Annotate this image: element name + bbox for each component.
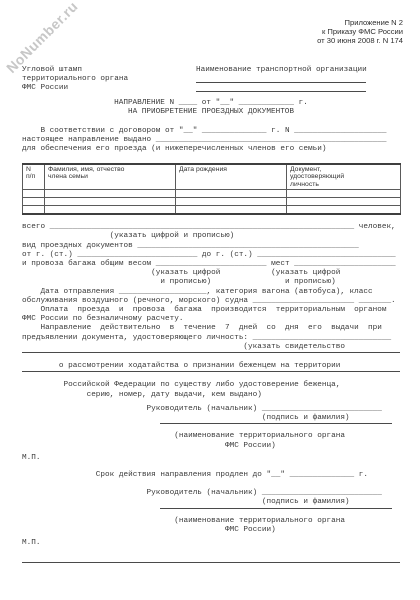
form-line: (указать свидетельство	[22, 343, 400, 352]
form-content: Угловой штамп территориального органа ФМ…	[22, 66, 400, 564]
blank-fill-rule	[22, 371, 400, 381]
signature-caption: (подпись и фамилия)	[22, 414, 400, 423]
form-line: Срок действия направления продлен до "__…	[22, 471, 400, 480]
header-row: Угловой штамп территориального органа ФМ…	[22, 66, 400, 94]
table-cell	[23, 206, 45, 215]
form-line: Оплата проезда и провоза багажа производ…	[22, 306, 400, 315]
transport-org-block: Наименование транспортной организации	[196, 66, 400, 94]
signature-line: Руководитель (начальник) _______________…	[22, 405, 400, 414]
form-line: Направление действительно в течение 7 дн…	[22, 324, 400, 333]
table-header-row: N п/п Фамилия, имя, отчество члена семьи…	[23, 164, 401, 190]
blank-fill-rule	[160, 508, 392, 517]
table-cell	[45, 206, 176, 215]
table-cell	[287, 206, 401, 215]
corner-stamp-block: Угловой штамп территориального органа ФМ…	[22, 66, 196, 94]
table-row	[23, 198, 401, 206]
form-line: для обеспечения его проезда (и нижепереч…	[22, 145, 400, 154]
appendix-reference: Приложение N 2 к Приказу ФМС России от 3…	[317, 18, 403, 45]
table-cell	[176, 190, 287, 198]
table-row	[23, 190, 401, 198]
table-header-name: Фамилия, имя, отчество члена семьи	[45, 164, 176, 190]
transport-org-fill-line	[196, 82, 366, 83]
transport-org-label: Наименование транспортной организации	[196, 66, 400, 75]
corner-stamp-line: территориального органа	[22, 75, 196, 84]
form-line: Российской Федерации по существу либо уд…	[22, 381, 400, 390]
form-line: предъявлении документа, удостоверяющего …	[22, 334, 400, 343]
form-line: (указать цифрой (указать цифрой	[22, 269, 400, 278]
table-row	[23, 206, 401, 215]
bottom-separator-rule	[22, 562, 400, 564]
family-members-table: N п/п Фамилия, имя, отчество члена семьи…	[22, 163, 401, 216]
table-header-id-document: Документ, удостоверяющий личность	[287, 164, 401, 190]
form-line: ФМС России)	[22, 442, 400, 451]
table-cell	[45, 198, 176, 206]
document-page: NoNumber.ru Приложение N 2 к Приказу ФМС…	[0, 0, 420, 600]
table-header-num: N п/п	[23, 164, 45, 190]
form-line: и провоза багажа общим весом ___________…	[22, 260, 400, 269]
appendix-line: к Приказу ФМС России	[317, 27, 403, 36]
blank-fill-rule	[22, 352, 400, 362]
signature-caption: (подпись и фамилия)	[22, 498, 400, 507]
table-cell	[45, 190, 176, 198]
form-line: от г. (ст.) __________________________ д…	[22, 251, 400, 260]
table-cell	[176, 198, 287, 206]
table-header-birthdate: Дата рождения	[176, 164, 287, 190]
table-cell	[287, 190, 401, 198]
form-line: серию, номер, дату выдачи, кем выдано)	[22, 391, 400, 400]
seal-mark: М.П.	[22, 454, 400, 463]
transport-org-fill-line	[196, 91, 366, 92]
appendix-line: от 30 июня 2008 г. N 174	[317, 36, 403, 45]
form-line: вид проездных документов _______________…	[22, 242, 400, 251]
form-line: о рассмотрении ходатайства о признании б…	[22, 362, 400, 371]
form-line: (наименование территориального органа	[22, 517, 400, 526]
form-line: ФМС России по безналичному расчету.	[22, 315, 400, 324]
blank-fill-rule	[160, 423, 392, 432]
table-cell	[176, 206, 287, 215]
corner-stamp-line: Угловой штамп	[22, 66, 196, 75]
form-body: всего __________________________________…	[22, 223, 400, 564]
signature-line: Руководитель (начальник) _______________…	[22, 489, 400, 498]
title-line: НАПРАВЛЕНИЕ N ____ от "__" ____________ …	[22, 99, 400, 108]
form-line: обслуживания воздушного (речного, морско…	[22, 297, 400, 306]
form-line: В соответствии с договором от "__" _____…	[22, 127, 400, 136]
table-cell	[23, 190, 45, 198]
table-cell	[287, 198, 401, 206]
table-cell	[23, 198, 45, 206]
appendix-line: Приложение N 2	[317, 18, 403, 27]
title-line: НА ПРИОБРЕТЕНИЕ ПРОЕЗДНЫХ ДОКУМЕНТОВ	[22, 108, 400, 117]
form-line: Дата отправления ___________________, ка…	[22, 288, 400, 297]
corner-stamp-line: ФМС России	[22, 84, 196, 93]
form-line: (указать цифрой и прописью)	[22, 232, 400, 241]
document-title: НАПРАВЛЕНИЕ N ____ от "__" ____________ …	[22, 99, 400, 117]
form-line: настоящее направление выдано ___________…	[22, 136, 400, 145]
form-line: и прописью) и прописью)	[22, 278, 400, 287]
form-line: (наименование территориального органа	[22, 432, 400, 441]
intro-paragraph: В соответствии с договором от "__" _____…	[22, 127, 400, 155]
form-line: ФМС России)	[22, 526, 400, 535]
seal-mark: М.П.	[22, 539, 400, 548]
